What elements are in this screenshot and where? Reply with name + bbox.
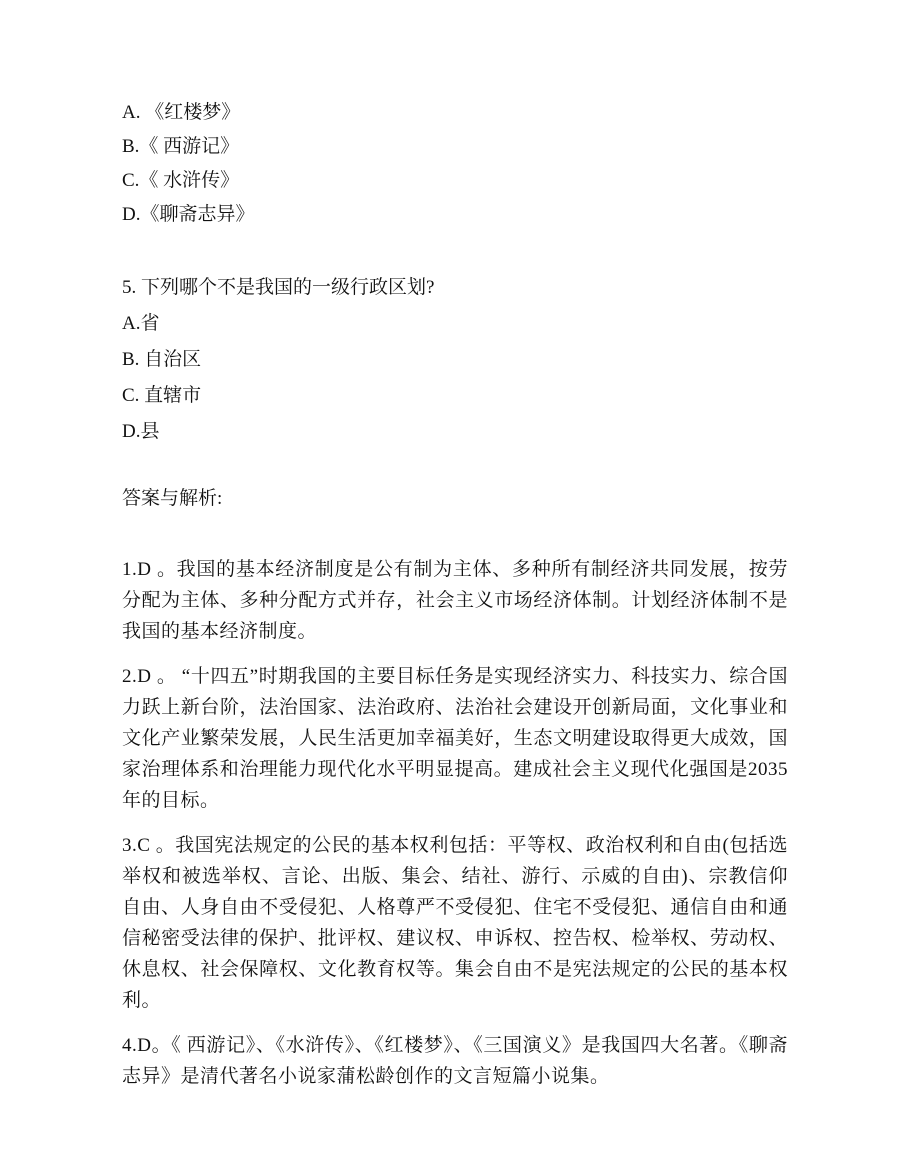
answer-explanation-3: 3.C 。我国宪法规定的公民的基本权利包括：平等权、政治权利和自由(包括选举权和… xyxy=(122,830,788,1016)
prev-question-option-a: A. 《红楼梦》 xyxy=(122,96,788,130)
answers-heading: 答案与解析: xyxy=(122,482,788,516)
question-5-option-b: B. 自治区 xyxy=(122,342,788,378)
prev-question-option-b: B.《 西游记》 xyxy=(122,130,788,164)
prev-question-option-c: C.《 水浒传》 xyxy=(122,164,788,198)
prev-question-option-d: D.《聊斋志异》 xyxy=(122,198,788,232)
question-5-title: 5. 下列哪个不是我国的一级行政区划? xyxy=(122,270,788,306)
document-content: A. 《红楼梦》 B.《 西游记》 C.《 水浒传》 D.《聊斋志异》 5. 下… xyxy=(122,96,788,1092)
question-5-option-a: A.省 xyxy=(122,306,788,342)
question-5-option-c: C. 直辖市 xyxy=(122,378,788,414)
answer-explanation-4: 4.D。《 西游记》、《水浒传》、《红楼梦》、《三国演义》是我国四大名著。《聊斋… xyxy=(122,1030,788,1092)
document-page: A. 《红楼梦》 B.《 西游记》 C.《 水浒传》 D.《聊斋志异》 5. 下… xyxy=(0,0,906,1174)
answer-explanation-1: 1.D 。我国的基本经济制度是公有制为主体、多种所有制经济共同发展，按劳分配为主… xyxy=(122,554,788,647)
answer-explanation-2: 2.D 。 “十四五”时期我国的主要目标任务是实现经济实力、科技实力、综合国力跃… xyxy=(122,661,788,816)
question-5-option-d: D.县 xyxy=(122,414,788,450)
